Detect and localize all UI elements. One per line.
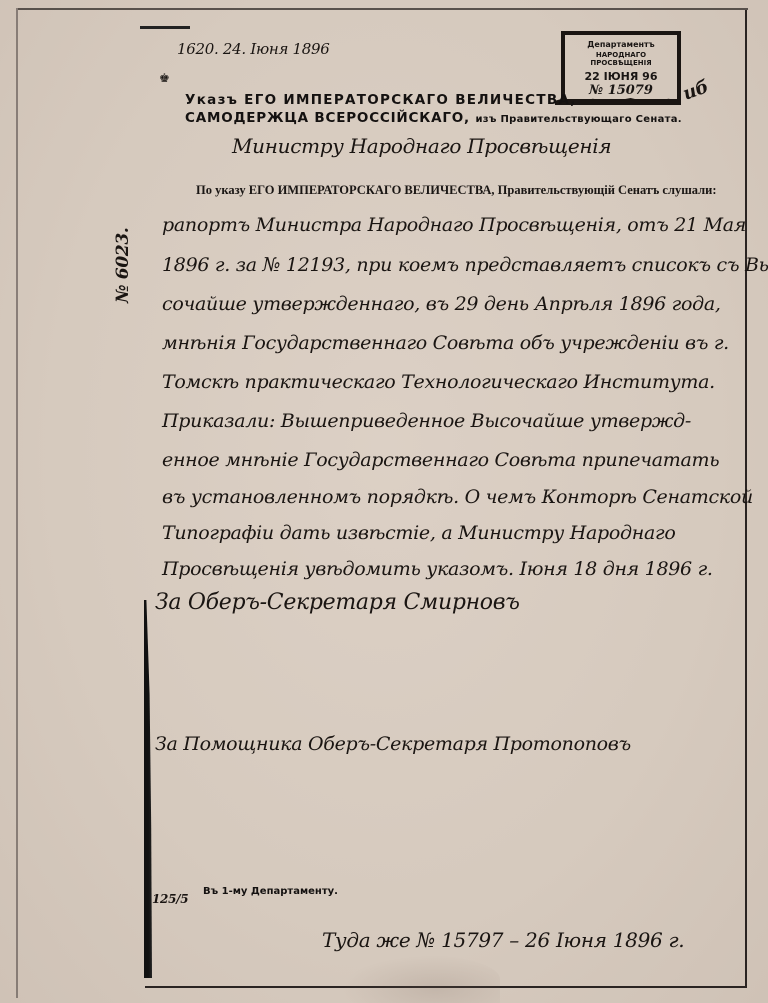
body-line: сочайше утвержденнаго, въ 29 день Апрѣля…	[162, 293, 721, 315]
page-border-left	[16, 8, 18, 998]
body-line: Типографіи дать извѣстіе, а Министру Нар…	[162, 522, 675, 544]
stamp-date: 22 ІЮНЯ 96	[565, 70, 677, 83]
footer-note: Туда же № 15797 – 26 Іюня 1896 г.	[322, 928, 684, 952]
body-line: рапортъ Министра Народнаго Просвѣщенія, …	[162, 214, 746, 236]
signature-secretary: За Оберъ-Секретаря Смирновъ	[155, 590, 520, 615]
body-line: Томскѣ практическаго Технологическаго Ин…	[162, 371, 715, 393]
registry-note: 1620. 24. Іюня 1896	[177, 40, 330, 58]
department-note: Въ 1-му Департаменту.	[203, 886, 338, 897]
paper-stain	[340, 955, 500, 1003]
addressee: Министру Народнаго Просвѣщенія	[232, 134, 611, 158]
document-page: 1620. 24. Іюня 1896 ♚ Департаментъ НАРОД…	[0, 0, 768, 1003]
body-line: Просвѣщенія увѣдомить указомъ. Іюня 18 д…	[162, 558, 713, 580]
margin-number: № 6023.	[113, 227, 133, 303]
margin-fraction: 125/5	[152, 893, 188, 906]
body-line: 1896 г. за № 12193, при коемъ представля…	[162, 254, 768, 276]
stamp-number: № 15079	[565, 83, 677, 98]
stamp-department: Департаментъ	[565, 40, 677, 49]
signature-assistant-secretary: За Помощника Оберъ-Секретаря Протопоповъ	[155, 733, 631, 755]
registration-stamp: Департаментъ НАРОДНАГО ПРОСВѢЩЕНІЯ 22 ІЮ…	[561, 31, 681, 103]
crown-icon: ♚	[159, 71, 170, 85]
top-rule	[140, 26, 190, 29]
preamble: По указу ЕГО ИМПЕРАТОРСКАГО ВЕЛИЧЕСТВА, …	[196, 183, 717, 198]
body-line: Приказали: Вышеприведенное Высочайше утв…	[162, 410, 691, 432]
body-line: въ установленномъ порядкѣ. О чемъ Контор…	[162, 486, 753, 508]
senate-source: изъ Правительствующаго Сената.	[475, 114, 681, 125]
body-line: енное мнѣніе Государственнаго Совѣта при…	[162, 449, 719, 471]
autocrat-title: САМОДЕРЖЦА ВСЕРОССІЙСКАГО,	[185, 110, 470, 126]
body-line: мнѣнія Государственнаго Совѣта объ учреж…	[162, 332, 729, 354]
page-border-top	[18, 8, 748, 10]
binding-edge	[144, 600, 152, 978]
decree-title: Указъ ЕГО ИМПЕРАТОРСКАГО ВЕЛИЧЕСТВА,	[185, 92, 577, 108]
margin-annotation: иб	[680, 76, 711, 104]
decree-subtitle: САМОДЕРЖЦА ВСЕРОССІЙСКАГО, изъ Правитель…	[185, 110, 682, 126]
stamp-ministry: НАРОДНАГО ПРОСВѢЩЕНІЯ	[565, 51, 677, 67]
